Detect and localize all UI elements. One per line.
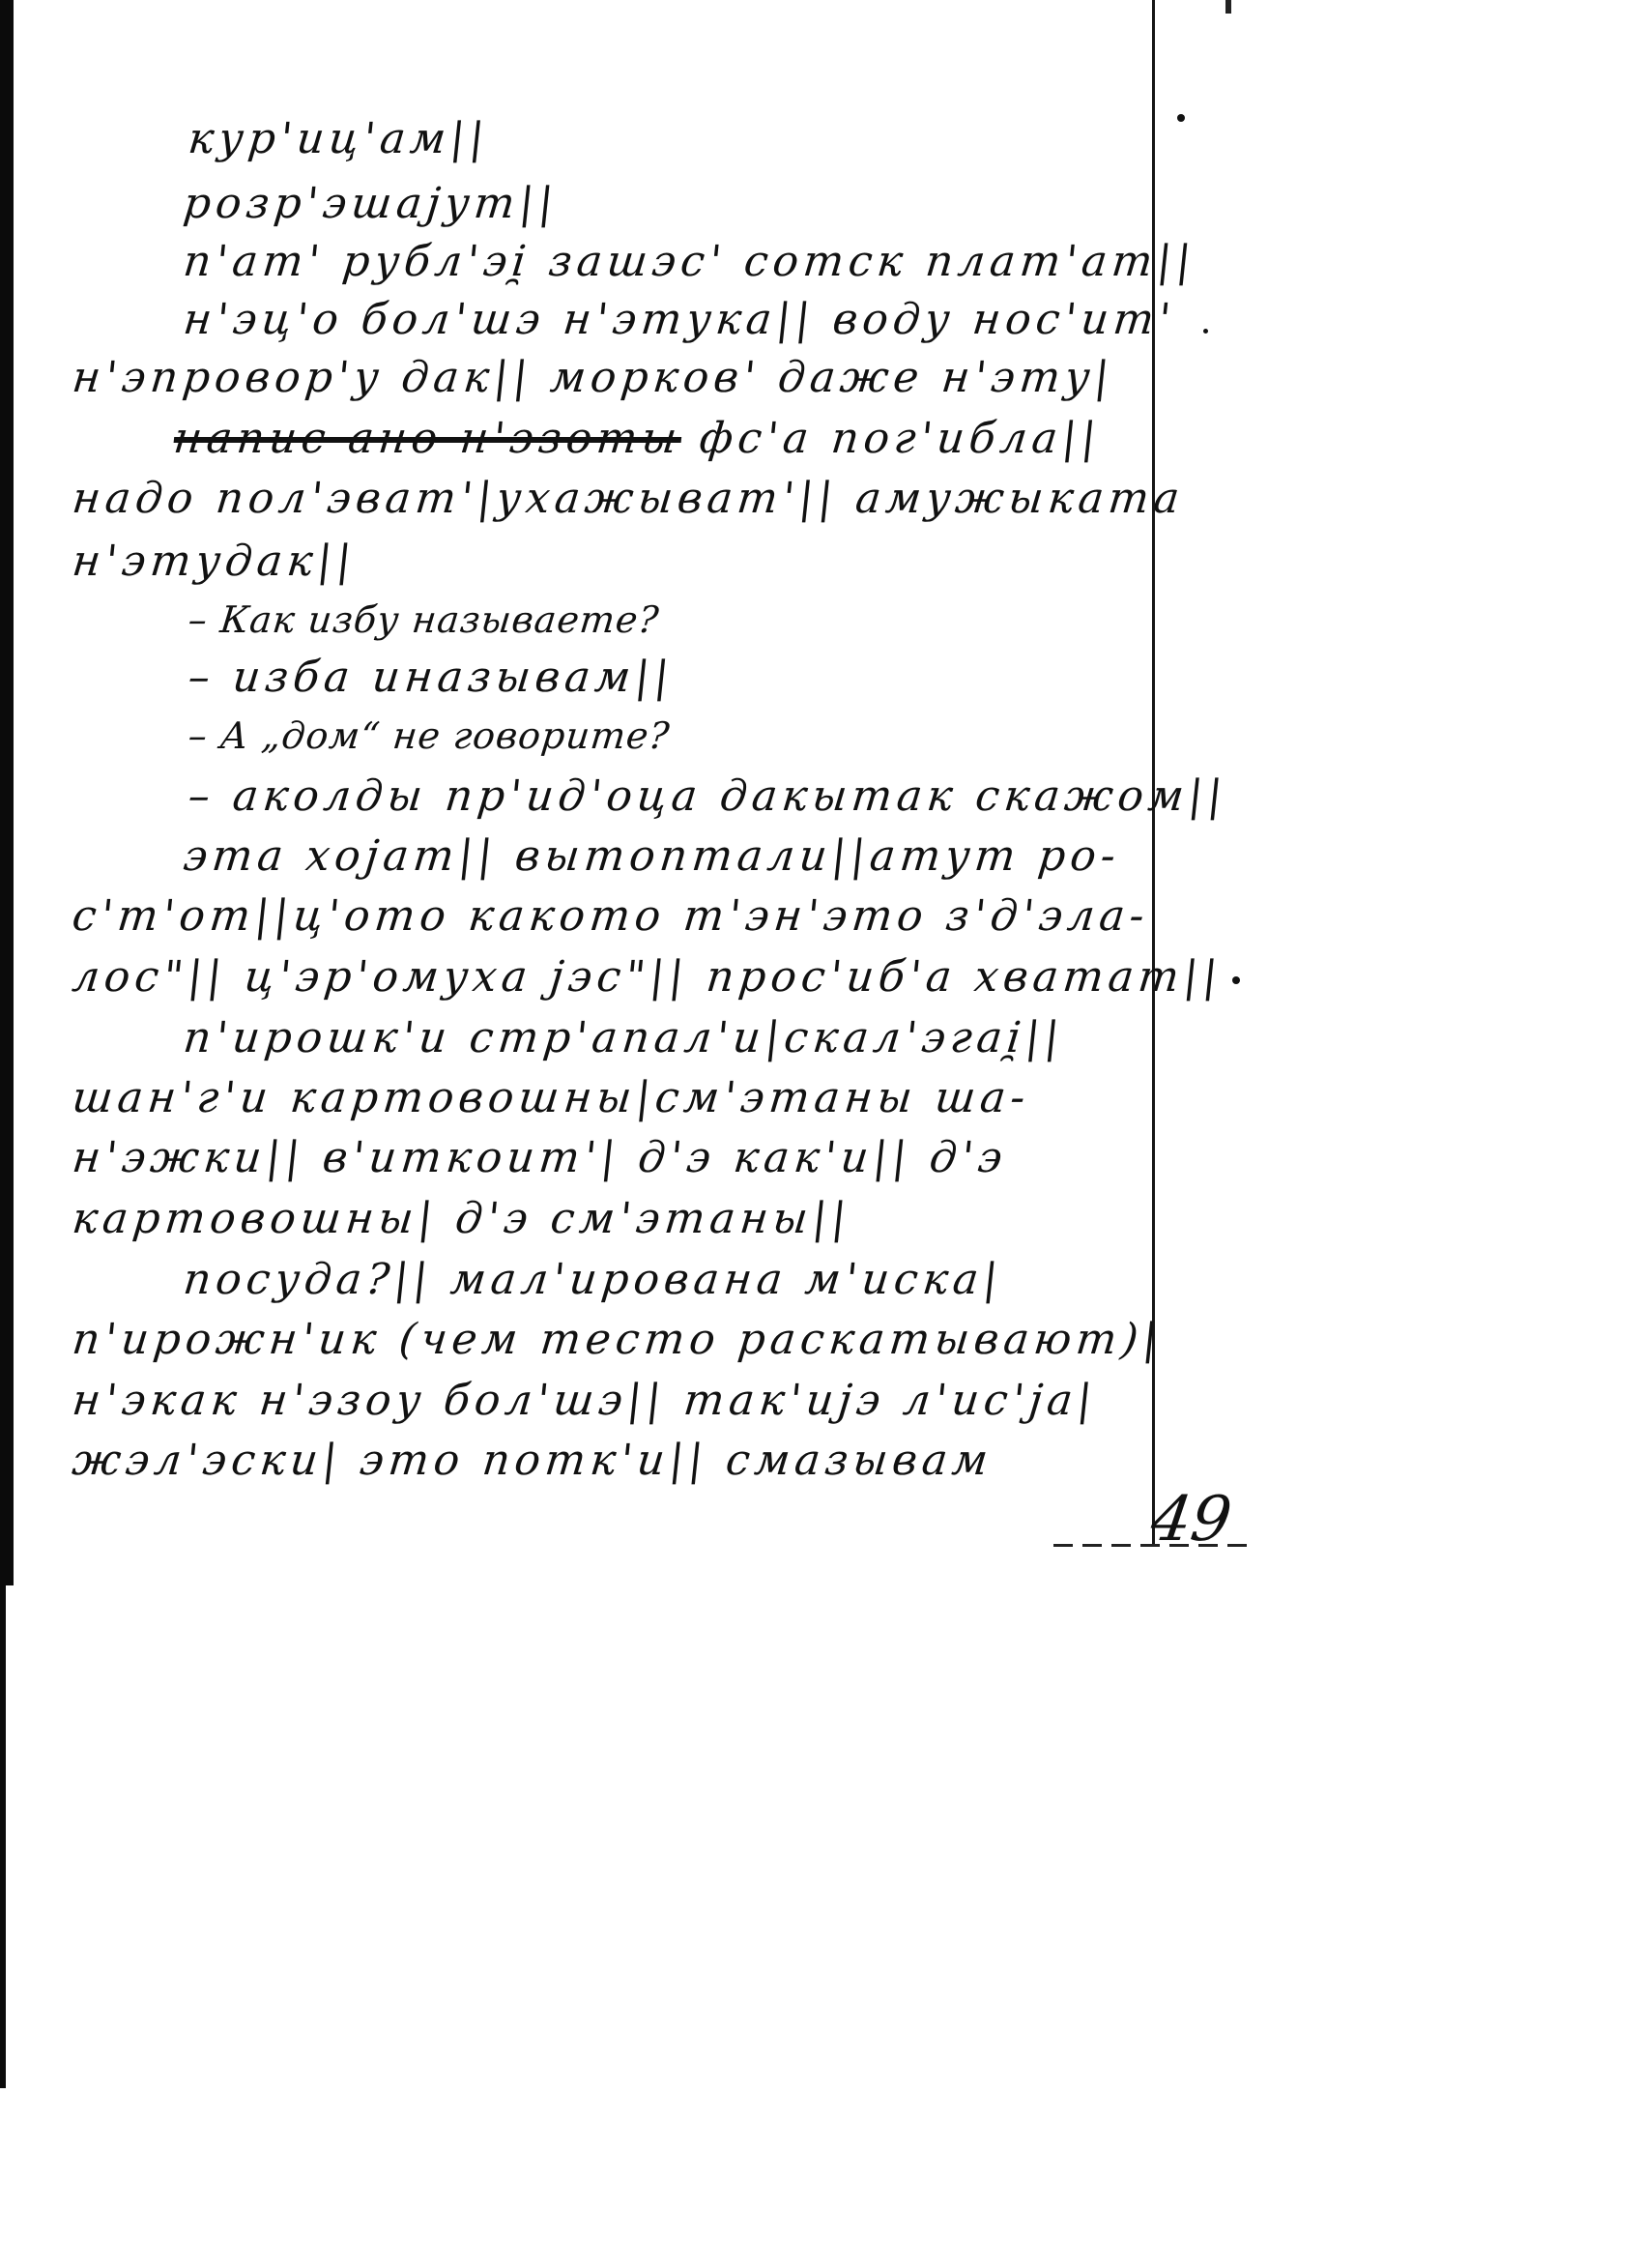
text-line: жэл'эски| это потк'и|| смазывам [70, 1436, 994, 1486]
text-line: н'эжки|| в'иткоит'| д'э как'и|| д'э [70, 1133, 1009, 1183]
text-line: н'эц'о бол'шэ н'этука|| воду нос'ит' [181, 295, 1177, 345]
text-line: п'ирожн'ик (чем тесто раскатывают)| [70, 1315, 1165, 1365]
line-continuation: фс'а пог'ибла|| [678, 414, 1103, 463]
scanned-page: кур'иц'ам||розр'эшаjут||п'ат' рубл'эi̯ з… [0, 0, 1643, 2268]
text-line: эта хоjат|| вытопталu||атут ро- [181, 831, 1122, 882]
top-edge-mark [1225, 0, 1231, 14]
struck-out-text: напис ано н'эзоты [171, 414, 683, 463]
text-line: лос"|| ц'эр'омуха jэс"|| прос'иб'а хвата… [70, 952, 1225, 1003]
text-line: – аколды пр'ид'оца дакытак скажом|| [186, 771, 1229, 822]
scan-edge-shadow-lower [0, 1585, 6, 2088]
text-line: надо пол'эват'|ухажыват'|| амужыката [70, 474, 1186, 524]
ink-dot [1232, 976, 1240, 984]
text-line: картовошны| д'э см'этаны|| [70, 1194, 853, 1244]
text-line: кур'иц'ам|| [186, 114, 491, 164]
text-line: с'т'от||ц'ото какото т'эн'это з'д'эла- [70, 891, 1151, 942]
text-line: п'ирошк'и стр'апал'и|скал'эгаi̯|| [181, 1013, 1066, 1063]
page-number: 49 [1147, 1484, 1236, 1556]
text-line: шан'г'и картовошны|см'этаны ша- [70, 1073, 1032, 1123]
scan-edge-shadow [0, 0, 14, 1585]
text-line: – Как избу называете? [186, 595, 661, 645]
text-line: – изба иназывам|| [186, 653, 676, 703]
text-line: н'эпровор'у дак|| морков' даже н'эту| [70, 353, 1116, 403]
text-line: – А „дом“ не говорите? [186, 711, 672, 761]
text-line: розр'эшаjут|| [181, 179, 560, 229]
text-line: п'ат' рубл'эi̯ зашэс' сотск плат'ат|| [181, 237, 1197, 287]
text-line: посуда?|| мал'ирована м'иска| [181, 1255, 1005, 1305]
text-line: н'экак н'эзоу бол'шэ|| так'иjэ л'ис'jа| [70, 1376, 1099, 1426]
ink-dot [1203, 329, 1208, 334]
ink-dot [1177, 114, 1185, 122]
text-line: напис ано н'эзоты фс'а пог'ибла|| [171, 414, 1103, 464]
text-line: н'этудак|| [70, 537, 358, 587]
